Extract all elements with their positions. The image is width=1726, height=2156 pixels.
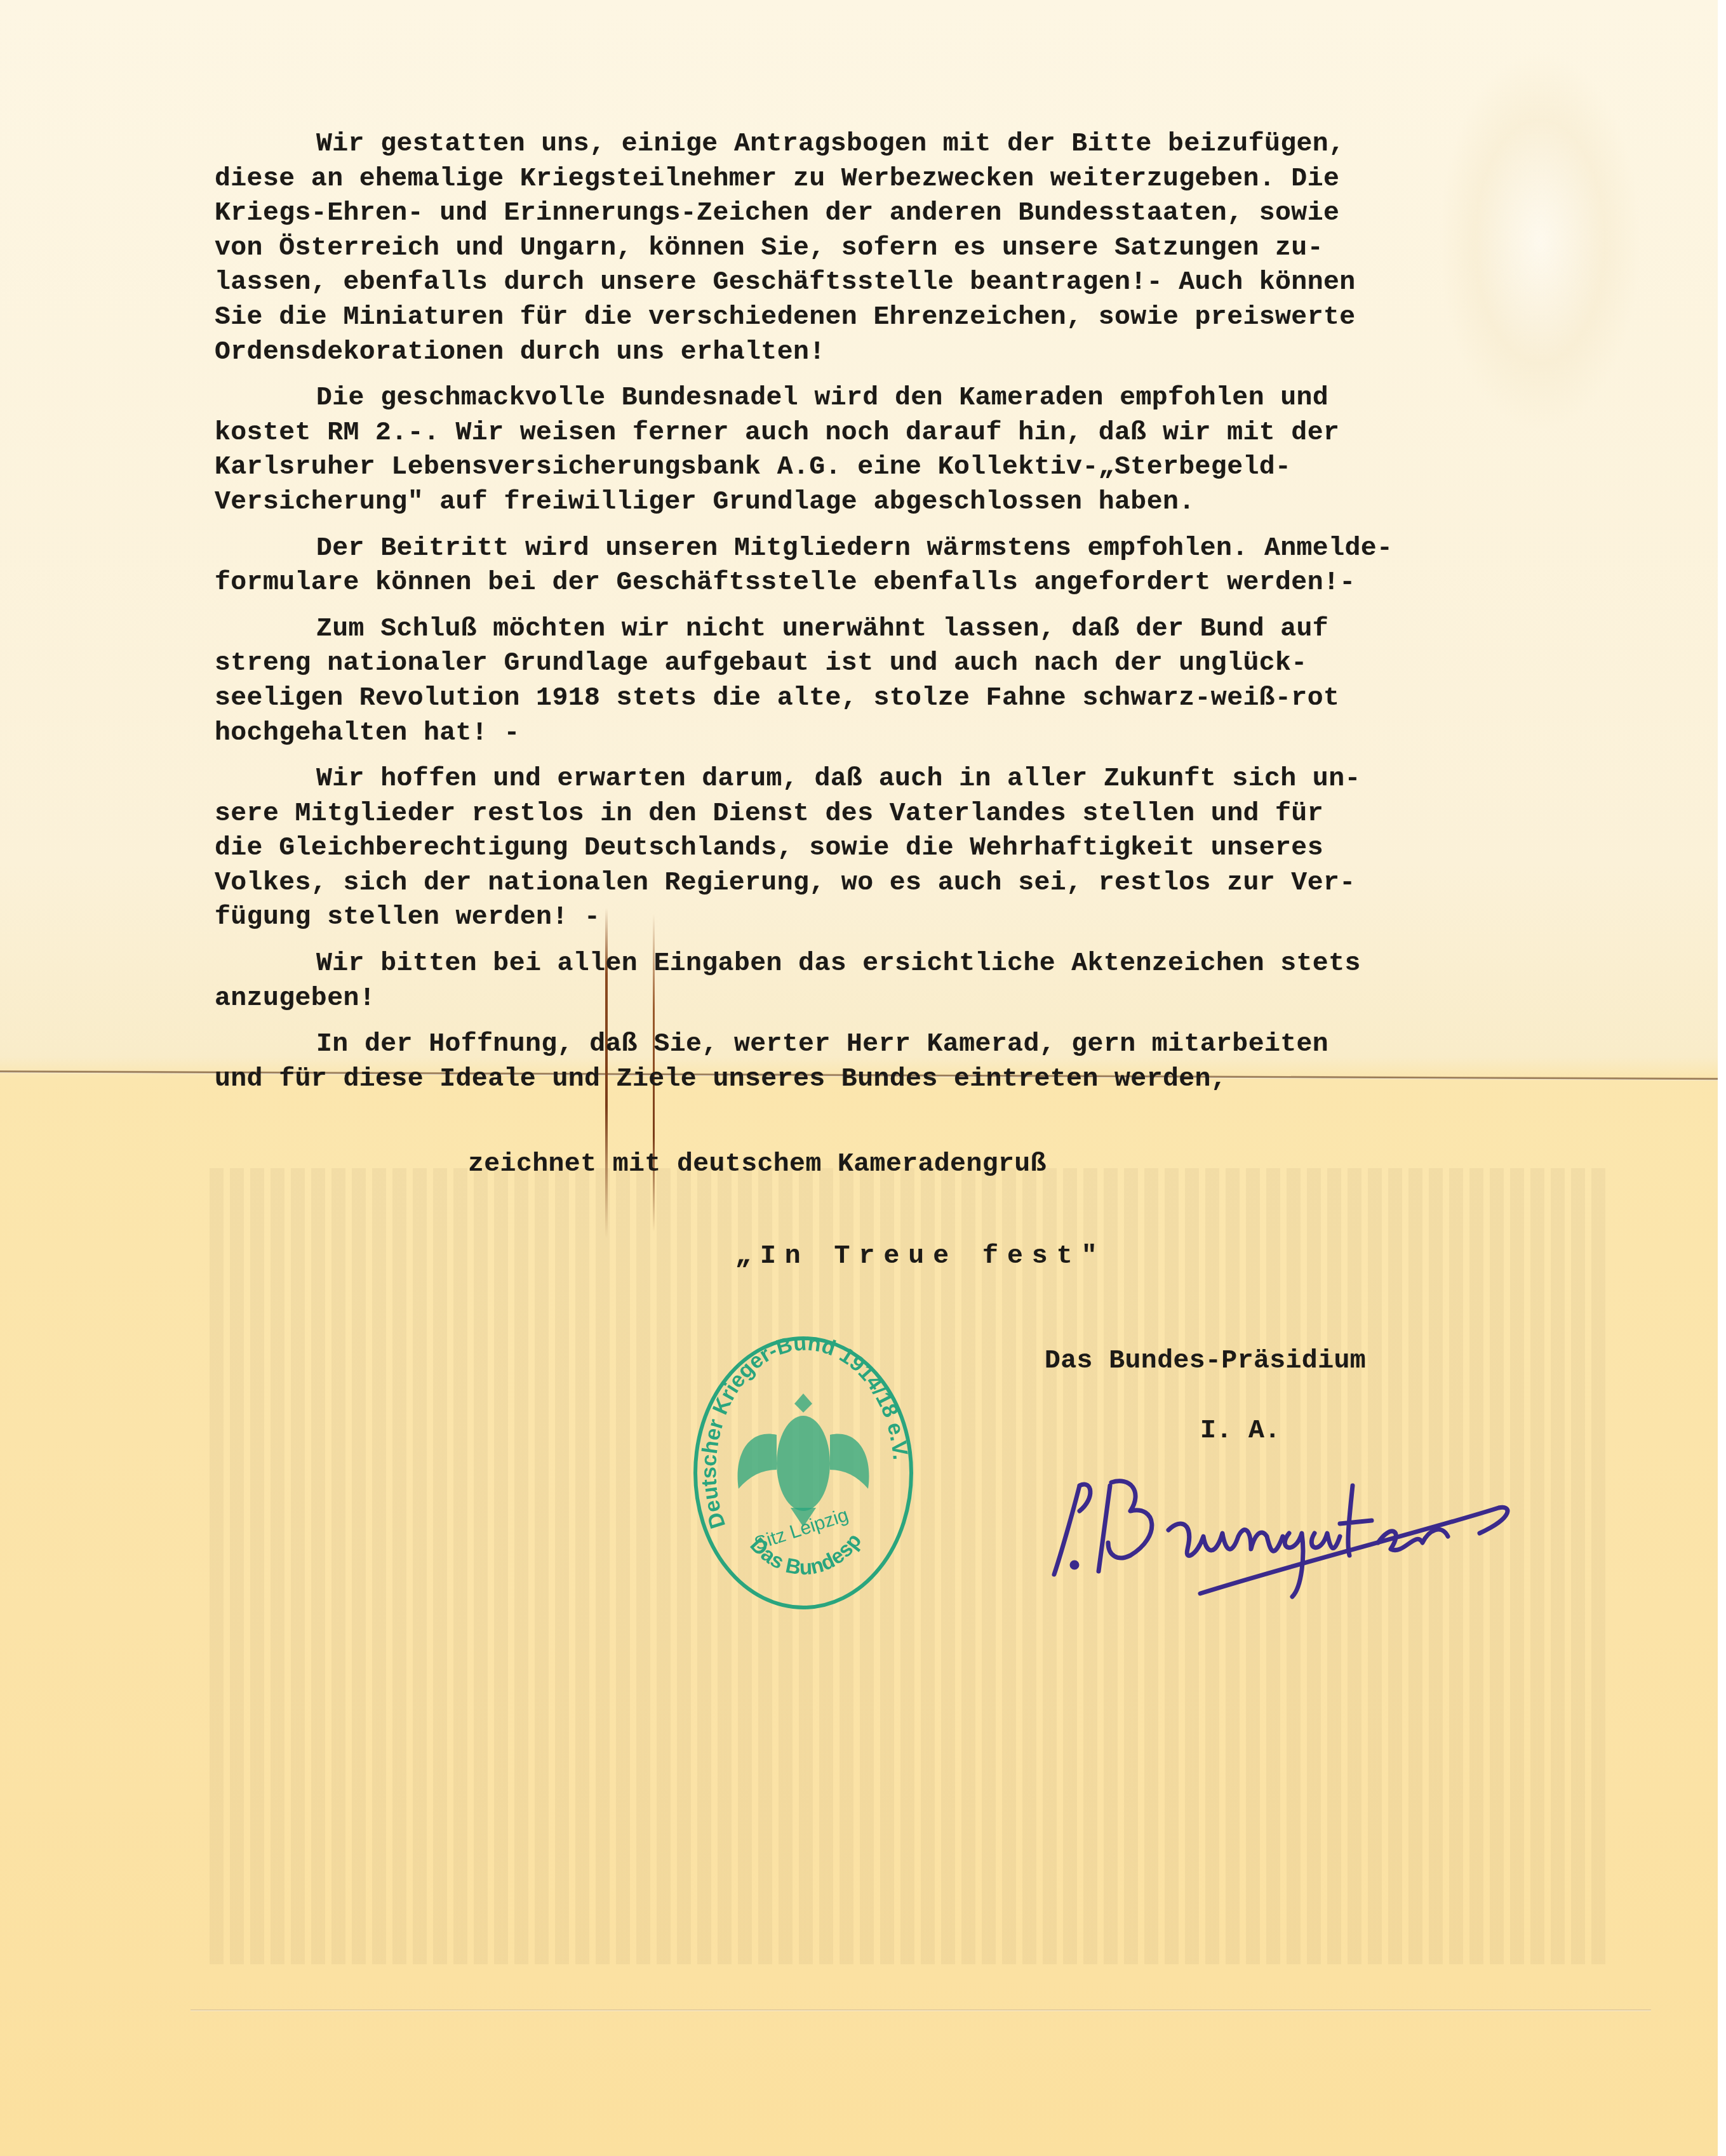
text-line: lassen, ebenfalls durch unsere Geschäfts… [215,265,1599,300]
letter-paragraph: Wir bitten bei allen Eingaben das ersich… [215,947,1599,1016]
text-line: streng nationaler Grundlage aufgebaut is… [215,646,1599,681]
letter-paragraph: Der Beitritt wird unseren Mitgliedern wä… [215,531,1599,601]
letter-paragraph: Wir hoffen und erwarten darum, daß auch … [215,762,1599,935]
text-line: fügung stellen werden! - [215,900,1599,935]
text-line: Wir gestatten uns, einige Antragsbogen m… [215,127,1599,162]
text-line: sere Mitglieder restlos in den Dienst de… [215,797,1599,832]
official-stamp: Deutscher Krieger-Bund 1914/18 e.V. Das … [689,1333,918,1613]
text-line: Wir hoffen und erwarten darum, daß auch … [215,762,1599,797]
text-line: Der Beitritt wird unseren Mitgliedern wä… [215,531,1599,566]
letter-paragraph: In der Hoffnung, daß Sie, werter Herr Ka… [215,1027,1599,1096]
text-line: In der Hoffnung, daß Sie, werter Herr Ka… [215,1027,1599,1062]
letter-body: Wir gestatten uns, einige Antragsbogen m… [215,127,1599,1108]
handwritten-signature: P. Baumgarten [1035,1460,1518,1606]
sender-name: Das Bundes-Präsidium [1045,1346,1366,1376]
letter-paragraph: Die geschmackvolle Bundesnadel wird den … [215,381,1599,519]
text-line: Kriegs-Ehren- und Erinnerungs-Zeichen de… [215,196,1599,231]
text-line: von Österreich und Ungarn, können Sie, s… [215,231,1599,266]
text-line: seeligen Revolution 1918 stets die alte,… [215,681,1599,716]
text-line: hochgehalten hat! - [215,716,1599,751]
text-line: kostet RM 2.-. Wir weisen ferner auch no… [215,416,1599,451]
text-line: diese an ehemalige Kriegsteilnehmer zu W… [215,162,1599,197]
closing-greeting: zeichnet mit deutschem Kameradengruß [468,1149,1047,1179]
text-line: formulare können bei der Geschäftsstelle… [215,566,1599,601]
text-line: die Gleichberechtigung Deutschlands, sow… [215,831,1599,866]
on-behalf-abbreviation: I. A. [1200,1416,1281,1446]
imperial-eagle-icon [738,1394,869,1527]
text-line: anzugeben! [215,982,1599,1016]
letter-paragraph: Zum Schluß möchten wir nicht unerwähnt l… [215,612,1599,750]
text-line: Ordensdekorationen durch uns erhalten! [215,335,1599,370]
text-line: Wir bitten bei allen Eingaben das ersich… [215,947,1599,982]
text-line: Karlsruher Lebensversicherungsbank A.G. … [215,450,1599,485]
text-line: Sie die Miniaturen für die verschiedenen… [215,300,1599,335]
text-line: Die geschmackvolle Bundesnadel wird den … [215,381,1599,416]
text-line: Volkes, sich der nationalen Regierung, w… [215,866,1599,901]
text-line: und für diese Ideale und Ziele unseres B… [215,1062,1599,1097]
text-line: Zum Schluß möchten wir nicht unerwähnt l… [215,612,1599,647]
letter-page: Wir gestatten uns, einige Antragsbogen m… [0,0,1718,2156]
letter-paragraph: Wir gestatten uns, einige Antragsbogen m… [215,127,1599,369]
closing-motto: „In Treue fest" [735,1241,1106,1271]
text-line: Versicherung" auf freiwilliger Grundlage… [215,485,1599,520]
paper-crease-line [191,2009,1651,2011]
